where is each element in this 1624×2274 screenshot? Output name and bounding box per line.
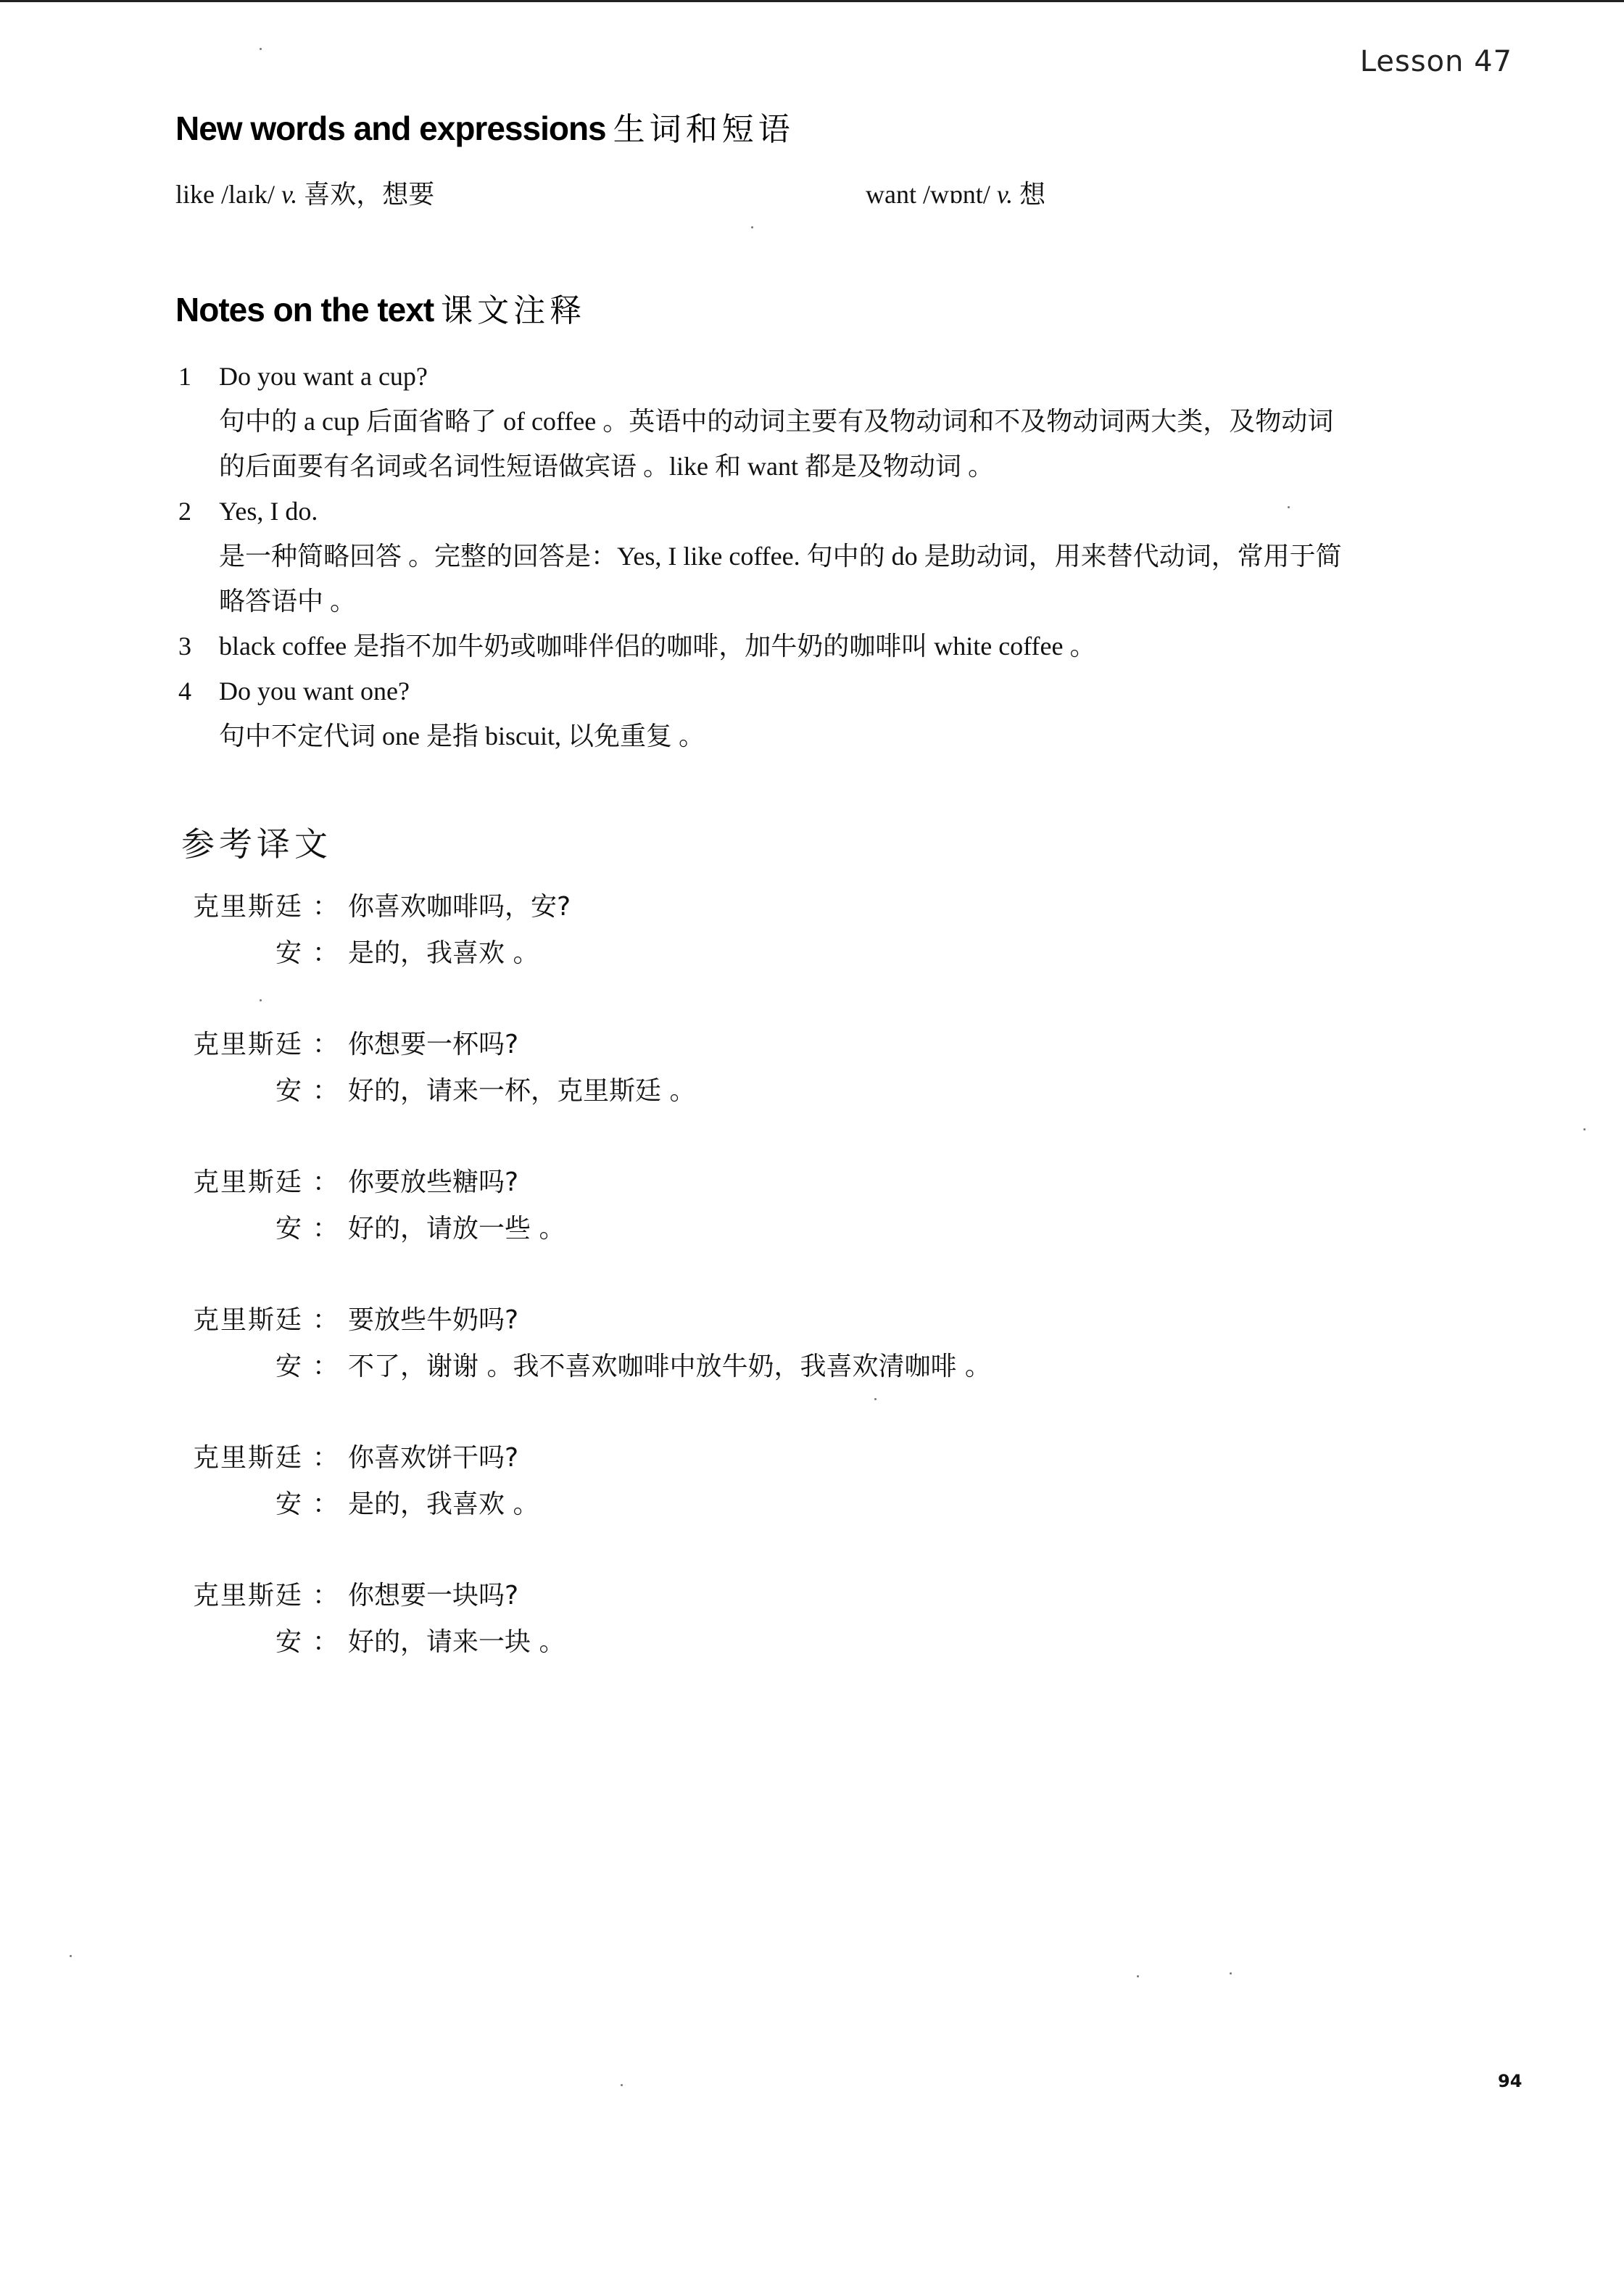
speaker: 克里斯廷 bbox=[181, 1299, 303, 1336]
note-line: 的后面要有名词或名词性短语做宾语 。like 和 want 都是及物动词 。 bbox=[219, 444, 1517, 489]
notes-heading-cn: 课文注释 bbox=[441, 292, 586, 329]
utterance: 好的，请放一些 。 bbox=[348, 1208, 565, 1245]
scan-speck bbox=[874, 1398, 877, 1400]
scan-top-border bbox=[0, 0, 1624, 2]
dialogue-line: 克里斯廷：你喜欢咖啡吗，安? bbox=[181, 886, 991, 933]
vocab-entry-like: like /laɪk/ v. 喜欢，想要 bbox=[175, 174, 434, 211]
utterance: 是的，我喜欢 。 bbox=[348, 933, 539, 969]
lesson-label: Lesson 47 bbox=[1360, 45, 1512, 78]
note-line: 略答语中 。 bbox=[219, 579, 1517, 624]
colon: ： bbox=[303, 1024, 348, 1061]
scan-speck bbox=[260, 999, 262, 1001]
colon: ： bbox=[303, 1437, 348, 1474]
scan-speck bbox=[260, 48, 262, 50]
colon: ： bbox=[303, 1484, 348, 1521]
speaker: 安 bbox=[181, 1621, 303, 1658]
colon: ： bbox=[303, 1575, 348, 1612]
dialogue-line: 安：好的，请来一杯，克里斯廷 。 bbox=[181, 1070, 991, 1117]
scan-speck bbox=[70, 1955, 72, 1957]
vocab-ipa: /laɪk/ bbox=[221, 180, 275, 209]
vocab-meaning: 喜欢，想要 bbox=[304, 180, 434, 209]
utterance: 好的，请来一杯，克里斯廷 。 bbox=[348, 1070, 695, 1107]
utterance: 你想要一块吗? bbox=[348, 1575, 518, 1612]
note-item-4: 4 Do you want one? 句中不定代词 one 是指 biscuit… bbox=[175, 669, 1517, 758]
dialogue-line: 克里斯廷：你喜欢饼干吗? bbox=[181, 1437, 991, 1484]
note-line: Do you want one? bbox=[219, 669, 1517, 714]
colon: ： bbox=[303, 1070, 348, 1107]
utterance: 不了，谢谢 。我不喜欢咖啡中放牛奶，我喜欢清咖啡 。 bbox=[348, 1346, 991, 1383]
speaker: 安 bbox=[181, 1484, 303, 1521]
dialogue-line: 安：是的，我喜欢 。 bbox=[181, 933, 991, 979]
speaker: 克里斯廷 bbox=[181, 1575, 303, 1612]
new-words-heading-en: New words and expressions bbox=[175, 109, 606, 147]
notes-list: 1 Do you want a cup? 句中的 a cup 后面省略了 of … bbox=[175, 354, 1517, 758]
utterance: 是的，我喜欢 。 bbox=[348, 1484, 539, 1521]
dialogue-line: 安：是的，我喜欢 。 bbox=[181, 1484, 991, 1530]
note-line: Do you want a cup? bbox=[219, 354, 1517, 399]
scan-speck bbox=[751, 226, 753, 228]
dialogue-line: 安：好的，请来一块 。 bbox=[181, 1621, 991, 1668]
speaker: 安 bbox=[181, 1346, 303, 1383]
utterance: 好的，请来一块 。 bbox=[348, 1621, 565, 1658]
note-item-3: 3 black coffee 是指不加牛奶或咖啡伴侣的咖啡，加牛奶的咖啡叫 wh… bbox=[175, 624, 1517, 669]
vocab-ipa: /wɒnt/ bbox=[923, 180, 990, 209]
speaker: 克里斯廷 bbox=[181, 1024, 303, 1061]
note-line: black coffee 是指不加牛奶或咖啡伴侣的咖啡，加牛奶的咖啡叫 whit… bbox=[219, 624, 1517, 669]
dialogue-line: 安：不了，谢谢 。我不喜欢咖啡中放牛奶，我喜欢清咖啡 。 bbox=[181, 1346, 991, 1392]
speaker: 克里斯廷 bbox=[181, 886, 303, 923]
scan-speck bbox=[1230, 1972, 1232, 1975]
translation-heading: 参考译文 bbox=[181, 818, 332, 866]
speaker: 安 bbox=[181, 1208, 303, 1245]
dialogue-exchange-2: 克里斯廷：你想要一杯吗? 安：好的，请来一杯，克里斯廷 。 bbox=[181, 1024, 991, 1117]
scan-speck bbox=[1288, 506, 1290, 508]
dialogue-exchange-4: 克里斯廷：要放些牛奶吗? 安：不了，谢谢 。我不喜欢咖啡中放牛奶，我喜欢清咖啡 … bbox=[181, 1299, 991, 1392]
translation-dialogue: 克里斯廷：你喜欢咖啡吗，安? 安：是的，我喜欢 。 克里斯廷：你想要一杯吗? 安… bbox=[181, 886, 991, 1713]
note-number: 3 bbox=[178, 624, 191, 669]
speaker: 安 bbox=[181, 1070, 303, 1107]
new-words-heading: New words and expressions生词和短语 bbox=[175, 103, 795, 149]
note-item-2: 2 Yes, I do. 是一种简略回答 。完整的回答是：Yes, I like… bbox=[175, 489, 1517, 624]
note-line: 句中不定代词 one 是指 biscuit, 以免重复 。 bbox=[219, 714, 1517, 758]
note-line: 句中的 a cup 后面省略了 of coffee 。英语中的动词主要有及物动词… bbox=[219, 399, 1517, 444]
page-number: 94 bbox=[1498, 2071, 1522, 2091]
colon: ： bbox=[303, 1208, 348, 1245]
vocab-entry-want: want /wɒnt/ v. 想 bbox=[866, 174, 1045, 211]
dialogue-exchange-3: 克里斯廷：你要放些糖吗? 安：好的，请放一些 。 bbox=[181, 1162, 991, 1254]
utterance: 你想要一杯吗? bbox=[348, 1024, 518, 1061]
vocab-meaning: 想 bbox=[1019, 180, 1045, 209]
vocab-pos: v. bbox=[997, 180, 1013, 209]
dialogue-line: 克里斯廷：你要放些糖吗? bbox=[181, 1162, 991, 1208]
vocab-word: want bbox=[866, 180, 916, 209]
note-line: 是一种简略回答 。完整的回答是：Yes, I like coffee. 句中的 … bbox=[219, 534, 1517, 579]
speaker: 安 bbox=[181, 933, 303, 969]
utterance: 你喜欢咖啡吗，安? bbox=[348, 886, 571, 923]
utterance: 你喜欢饼干吗? bbox=[348, 1437, 518, 1474]
vocab-word: like bbox=[175, 180, 215, 209]
dialogue-line: 克里斯廷：你想要一杯吗? bbox=[181, 1024, 991, 1070]
dialogue-line: 克里斯廷：你想要一块吗? bbox=[181, 1575, 991, 1621]
notes-heading: Notes on the text课文注释 bbox=[175, 284, 586, 331]
utterance: 要放些牛奶吗? bbox=[348, 1299, 518, 1336]
note-number: 1 bbox=[178, 354, 191, 399]
dialogue-line: 克里斯廷：要放些牛奶吗? bbox=[181, 1299, 991, 1346]
colon: ： bbox=[303, 1346, 348, 1383]
colon: ： bbox=[303, 886, 348, 923]
dialogue-line: 安：好的，请放一些 。 bbox=[181, 1208, 991, 1254]
utterance: 你要放些糖吗? bbox=[348, 1162, 518, 1199]
new-words-heading-cn: 生词和短语 bbox=[613, 111, 795, 148]
dialogue-exchange-1: 克里斯廷：你喜欢咖啡吗，安? 安：是的，我喜欢 。 bbox=[181, 886, 991, 979]
note-number: 4 bbox=[178, 669, 191, 714]
speaker: 克里斯廷 bbox=[181, 1437, 303, 1474]
scan-speck bbox=[1583, 1128, 1586, 1130]
colon: ： bbox=[303, 1299, 348, 1336]
scan-speck bbox=[621, 2084, 623, 2086]
colon: ： bbox=[303, 1621, 348, 1658]
note-line: Yes, I do. bbox=[219, 489, 1517, 534]
dialogue-exchange-5: 克里斯廷：你喜欢饼干吗? 安：是的，我喜欢 。 bbox=[181, 1437, 991, 1530]
vocab-pos: v. bbox=[281, 180, 297, 209]
notes-heading-en: Notes on the text bbox=[175, 291, 434, 328]
dialogue-exchange-6: 克里斯廷：你想要一块吗? 安：好的，请来一块 。 bbox=[181, 1575, 991, 1668]
colon: ： bbox=[303, 933, 348, 969]
colon: ： bbox=[303, 1162, 348, 1199]
speaker: 克里斯廷 bbox=[181, 1162, 303, 1199]
note-number: 2 bbox=[178, 489, 191, 534]
note-item-1: 1 Do you want a cup? 句中的 a cup 后面省略了 of … bbox=[175, 354, 1517, 489]
scan-speck bbox=[1137, 1975, 1139, 1977]
